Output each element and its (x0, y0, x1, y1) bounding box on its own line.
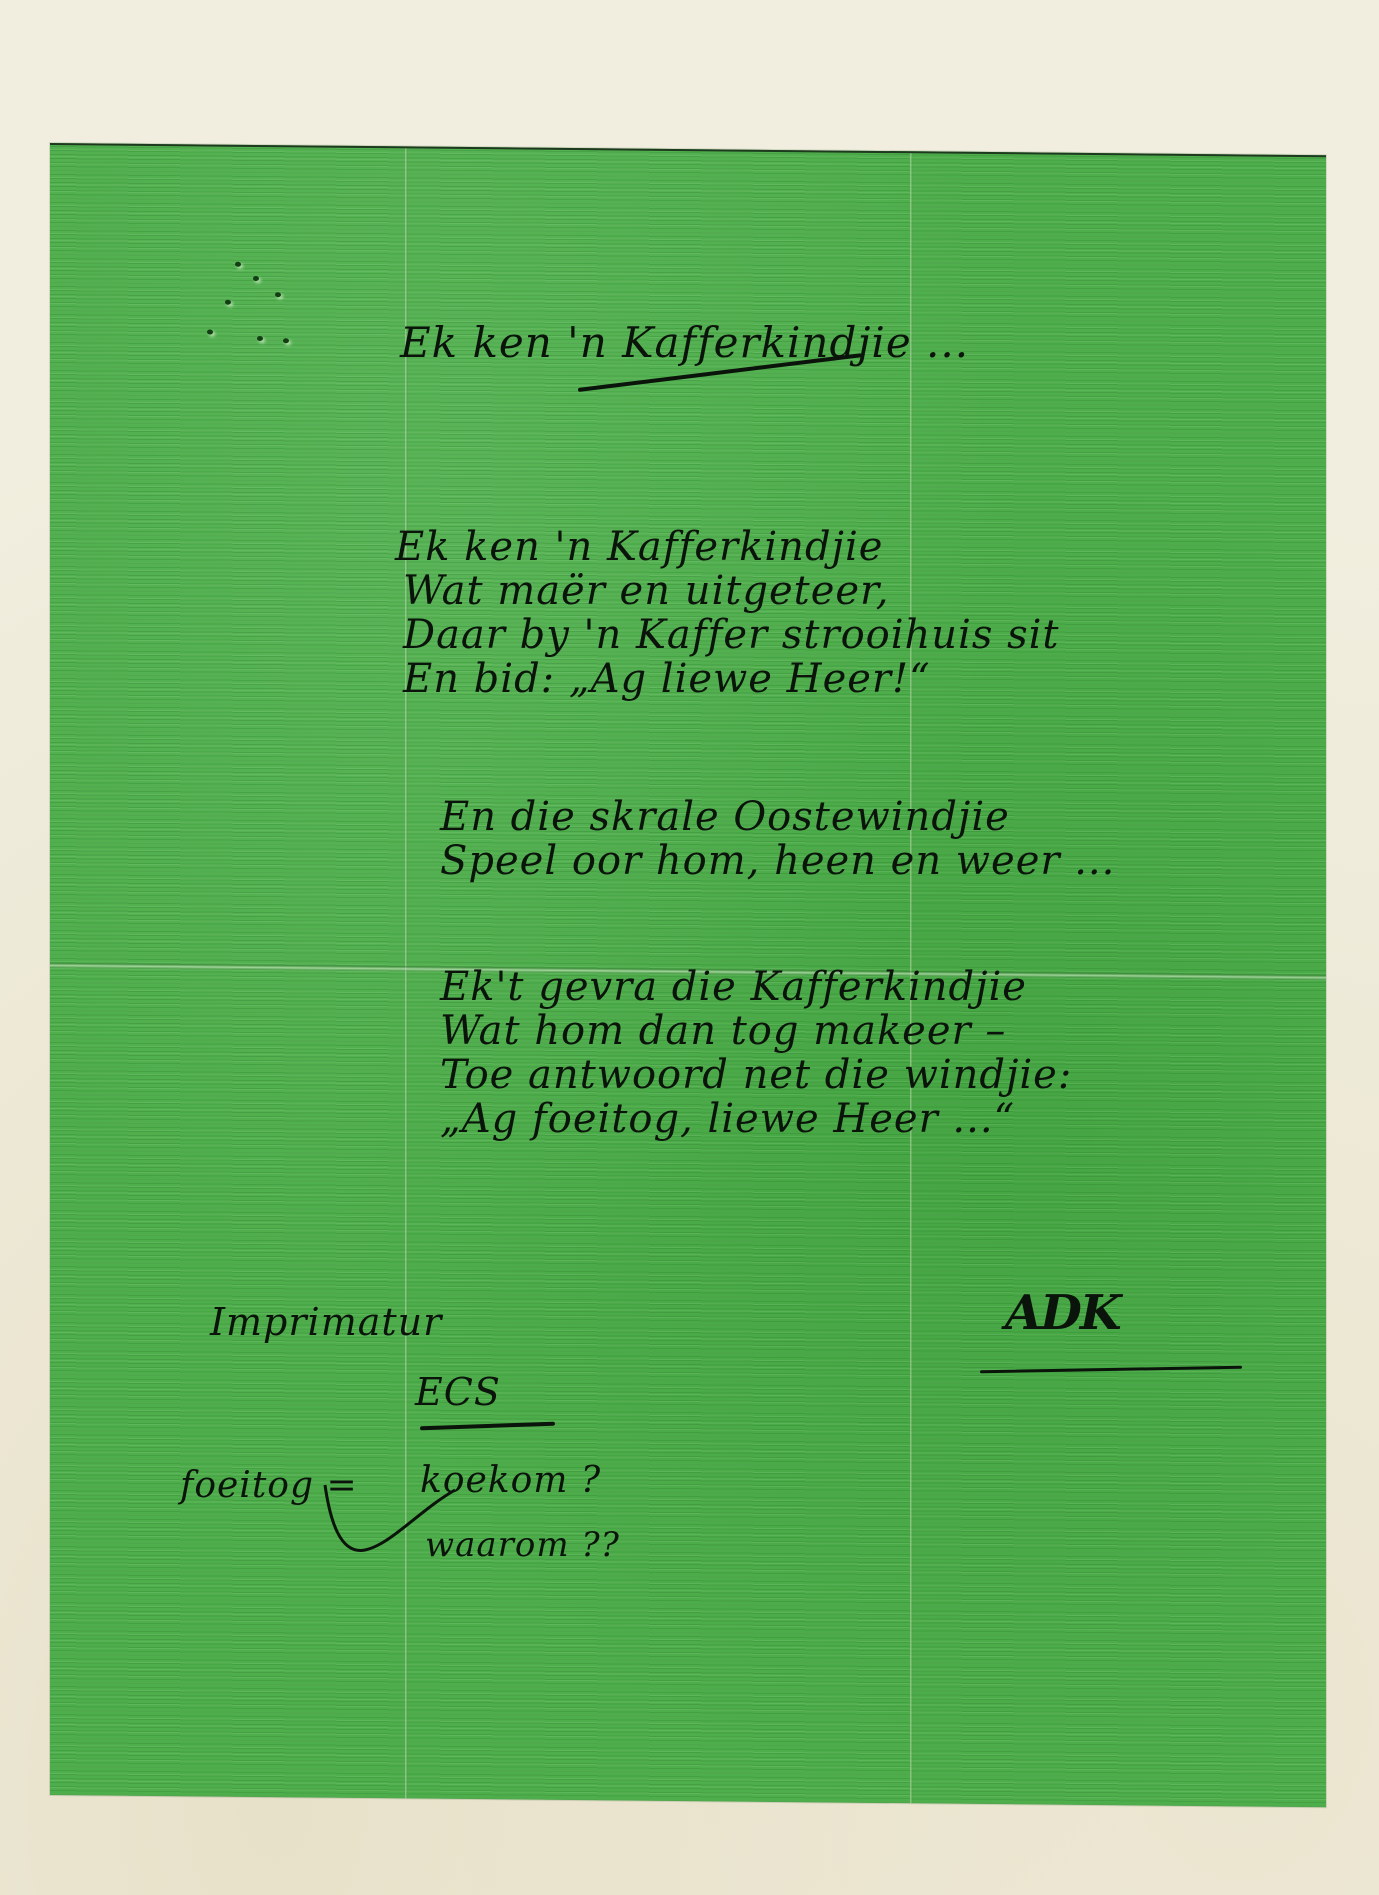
stanza-3: Ek't gevra die Kafferkindjie Wat hom dan… (440, 965, 1072, 1141)
poem-line: En die skrale Oostewindjie (440, 795, 1115, 839)
author-signature: ADK (1005, 1285, 1120, 1341)
margin-note-below: waarom ?? (425, 1525, 620, 1565)
poem-line: Daar by 'n Kaffer strooihuis sit (395, 613, 1059, 657)
poem-line: „Ag foeitog, liewe Heer ...“ (440, 1097, 1072, 1141)
poem-line: En bid: „Ag liewe Heer!“ (395, 657, 1059, 701)
stanza-1: Ek ken 'n Kafferkindjie Wat maër en uitg… (395, 525, 1059, 701)
poem-line: Ek ken 'n Kafferkindjie (395, 525, 1059, 569)
poem-line: Speel oor hom, heen en weer ... (440, 839, 1115, 883)
poem-line: Wat maër en uitgeteer, (395, 569, 1059, 613)
poem-line: Ek't gevra die Kafferkindjie (440, 965, 1072, 1009)
pin-holes (195, 241, 305, 352)
poem-line: Toe antwoord net die windjie: (440, 1053, 1072, 1097)
imprimatur-label: Imprimatur (210, 1300, 442, 1344)
poem-line: Wat hom dan tog makeer – (440, 1009, 1072, 1053)
margin-note-right: koekom ? (420, 1460, 601, 1501)
approver-initials: ECS (415, 1370, 501, 1414)
poem-title: Ek ken 'n Kafferkindjie ... (400, 318, 969, 367)
stanza-2: En die skrale Oostewindjie Speel oor hom… (440, 795, 1115, 883)
